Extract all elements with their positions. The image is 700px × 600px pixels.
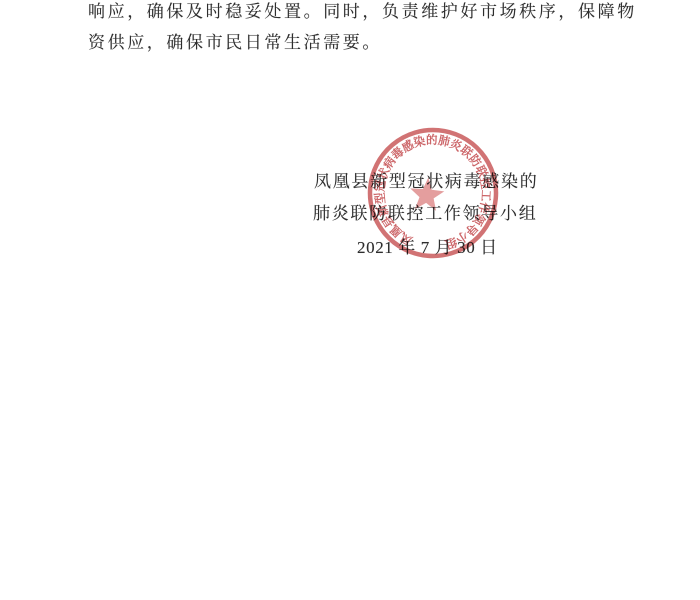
body-text-line-1: 响应，确保及时稳妥处置。同时，负责维护好市场秩序，保障物 bbox=[88, 0, 648, 27]
seal-star-icon bbox=[408, 176, 445, 211]
body-paragraph: 响应，确保及时稳妥处置。同时，负责维护好市场秩序，保障物 资供应，确保市民日常生… bbox=[88, 0, 648, 58]
body-text-line-2: 资供应，确保市民日常生活需要。 bbox=[88, 27, 648, 58]
official-seal: 凤凰县新型冠状病毒感染的肺炎联防联控工作领导小组 bbox=[357, 117, 509, 269]
document-page: 响应，确保及时稳妥处置。同时，负责维护好市场秩序，保障物 资供应，确保市民日常生… bbox=[0, 0, 700, 600]
